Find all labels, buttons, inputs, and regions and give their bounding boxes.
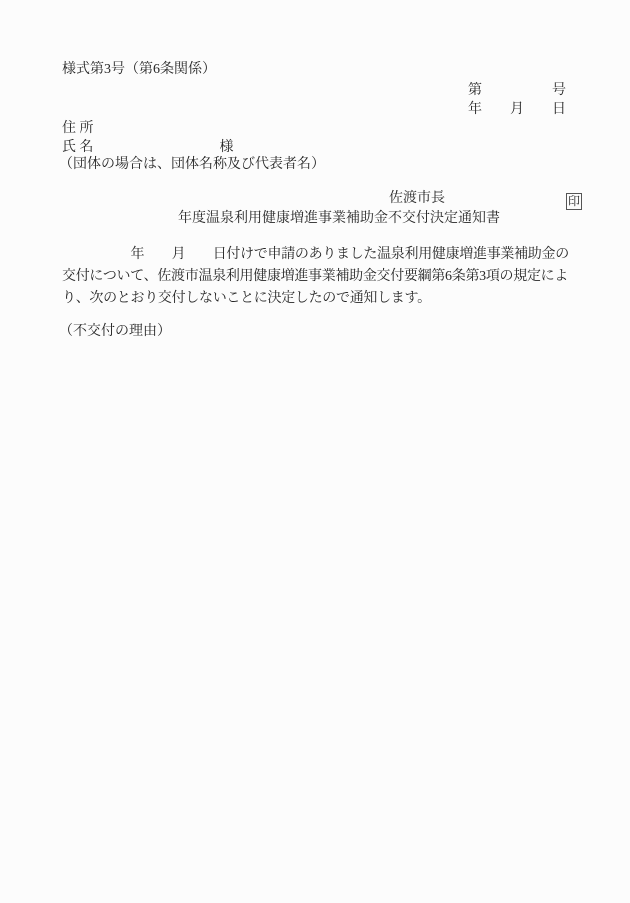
seal-mark: 印 [566, 193, 582, 210]
document-title: 年度温泉利用健康増進事業補助金不交付決定通知書 [178, 210, 500, 227]
issuer-name-blank [445, 201, 566, 202]
recipient-name-line: 氏 名 様 [62, 139, 234, 156]
body-line-1: 年 月 日付けで申請のありました温泉利用健康増進事業補助金の [62, 244, 574, 266]
body-line-2: 交付について、佐渡市温泉利用健康増進事業補助金交付要綱第6条第3項の規定によ [62, 266, 574, 288]
form-number: 様式第3号（第6条関係） [62, 61, 216, 78]
reason-label: （不交付の理由） [59, 323, 171, 340]
date-line: 年 月 日 [468, 101, 566, 118]
body-line-3: り、次のとおり交付しないことに決定したので通知します。 [62, 288, 574, 310]
document-page: 様式第3号（第6条関係） 第 号 年 月 日 住 所 氏 名 様 （団体の場合は… [0, 0, 630, 903]
document-number-line: 第 号 [468, 82, 566, 99]
body-paragraph: 年 月 日付けで申請のありました温泉利用健康増進事業補助金の 交付について、佐渡… [62, 244, 574, 310]
issuer-title: 佐渡市長 [389, 191, 445, 206]
organization-note: （団体の場合は、団体名称及び代表者名） [59, 156, 325, 173]
recipient-address-label: 住 所 [62, 120, 94, 137]
